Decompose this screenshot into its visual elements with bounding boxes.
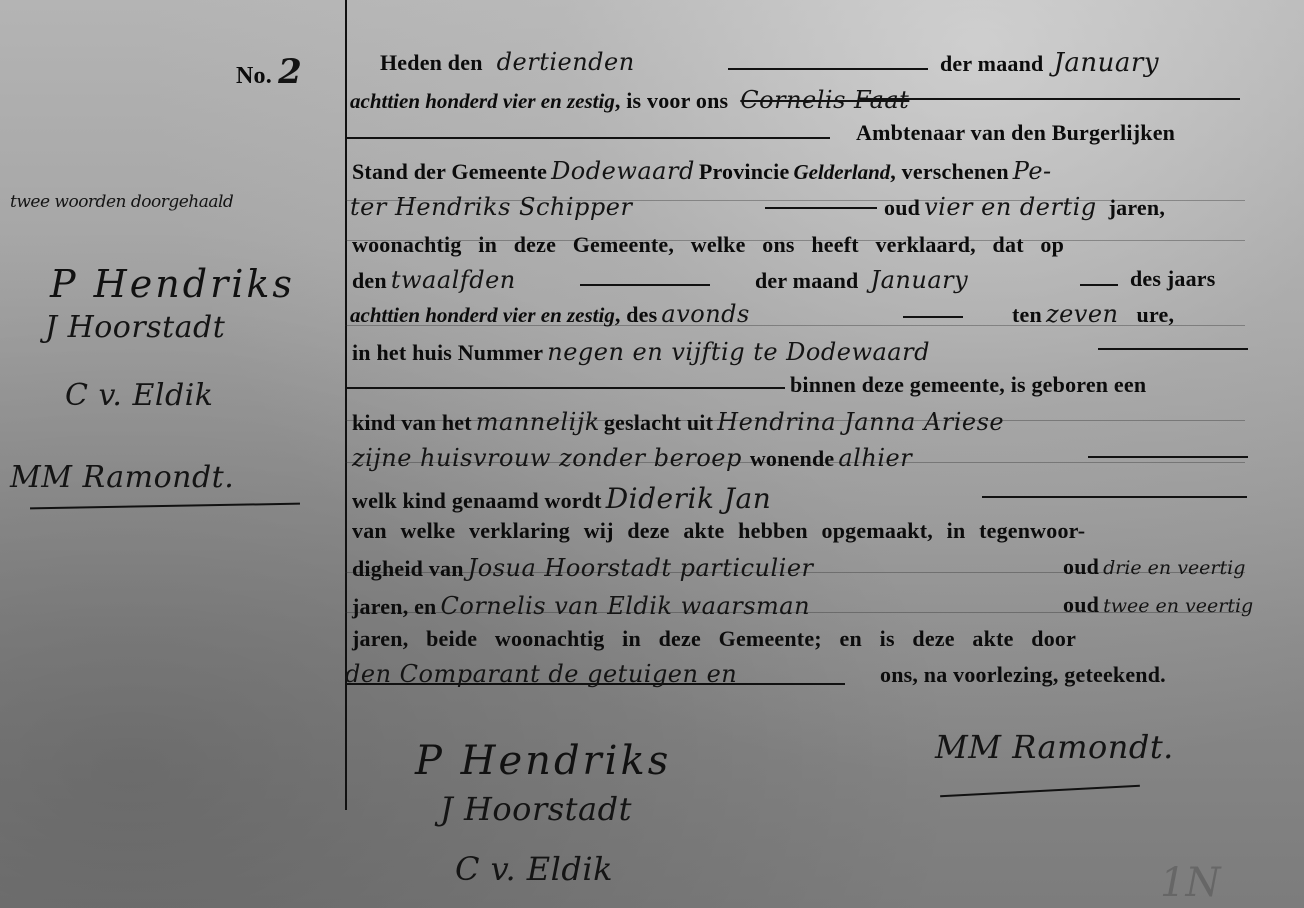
witness1-age: drie en veertig [1103, 557, 1245, 579]
day-registration: dertienden [497, 48, 635, 76]
body-line-9: in het huis Nummer negen en vijftig te D… [352, 338, 930, 366]
witness2-age: twee en veertig [1103, 595, 1253, 617]
official-signature-flourish [940, 785, 1140, 797]
body-line-18: den Comparant de getuigen en [345, 660, 737, 688]
mother-occupation: zijne huisvrouw zonder beroep [352, 444, 742, 472]
mother-residence: alhier [838, 444, 912, 472]
body-line-14: van welke verklaring wij deze akte hebbe… [352, 518, 1085, 544]
struck-official-name: Cornelis Faat [740, 86, 909, 114]
body-line-17: jaren, beide woonachtig in deze Gemeente… [352, 626, 1076, 652]
body-line-8: achttien honderd vier en zestig, des avo… [350, 300, 750, 328]
declarant-name: ter Hendriks Schipper [350, 193, 632, 221]
margin-signature-witness2: C v. Eldik [65, 378, 213, 413]
signature-witness2: C v. Eldik [455, 850, 613, 888]
mother-name: Hendrina Janna Ariese [717, 408, 1004, 436]
signing-parties: den Comparant de getuigen en [345, 660, 737, 688]
month-registration: January [1053, 48, 1159, 78]
body-line-15: digheid van Josua Hoorstadt particulier [352, 554, 814, 582]
margin-signature-witness1: J Hoorstadt [45, 310, 225, 345]
record-number-value: 2 [278, 52, 302, 92]
house-number: negen en vijftig te Dodewaard [547, 338, 930, 366]
child-name: Diderik Jan [606, 482, 772, 515]
birth-month: January [870, 266, 968, 294]
body-line-16: jaren, en Cornelis van Eldik waarsman [352, 592, 810, 620]
signature-witness1: J Hoorstadt [440, 790, 632, 828]
signature-official: MM Ramondt. [935, 728, 1174, 766]
body-line-4: Stand der Gemeente Dodewaard Provincie G… [352, 157, 1052, 185]
witness1-name-occupation: Josua Hoorstadt particulier [468, 554, 814, 582]
municipality: Dodewaard [551, 157, 695, 185]
birth-hour: zeven [1046, 300, 1119, 328]
margin-signature-comparant: P Hendriks [50, 262, 295, 306]
margin-divider-line [345, 0, 347, 810]
body-line-13: welk kind genaamd wordt Diderik Jan [352, 482, 771, 515]
margin-note: twee woorden doorgehaald [10, 192, 233, 212]
signature-comparant: P Hendriks [415, 738, 671, 784]
body-line-6: woonachtig in deze Gemeente, welke ons h… [352, 232, 1064, 258]
margin-signature-flourish [30, 503, 300, 510]
body-line-12: zijne huisvrouw zonder beroep wonende al… [352, 444, 912, 472]
body-line-5: ter Hendriks Schipper [350, 193, 632, 221]
birth-time-of-day: avonds [661, 300, 749, 328]
declarant-age: vier en dertig [924, 193, 1097, 221]
body-line-7: den twaalfden [352, 266, 516, 294]
record-number: No. 2 [236, 52, 302, 92]
section-rule-middle [345, 387, 785, 389]
witness2-name-occupation: Cornelis van Eldik waarsman [441, 592, 811, 620]
child-sex: mannelijk [476, 408, 600, 436]
body-line-1: Heden den dertienden [380, 48, 635, 76]
faint-stamp: 1N [1160, 860, 1220, 906]
body-line-11: kind van het mannelijk geslacht uit Hend… [352, 408, 1004, 436]
margin-signature-official: MM Ramondt. [10, 460, 234, 495]
record-number-label: No. [236, 63, 272, 89]
body-line-10: binnen deze gemeente, is geboren een [790, 372, 1146, 398]
body-line-3: Ambtenaar van den Burgerlijken [856, 120, 1175, 146]
birth-day: twaalfden [391, 266, 516, 294]
body-line-2: achttien honderd vier en zestig, is voor… [350, 86, 909, 114]
